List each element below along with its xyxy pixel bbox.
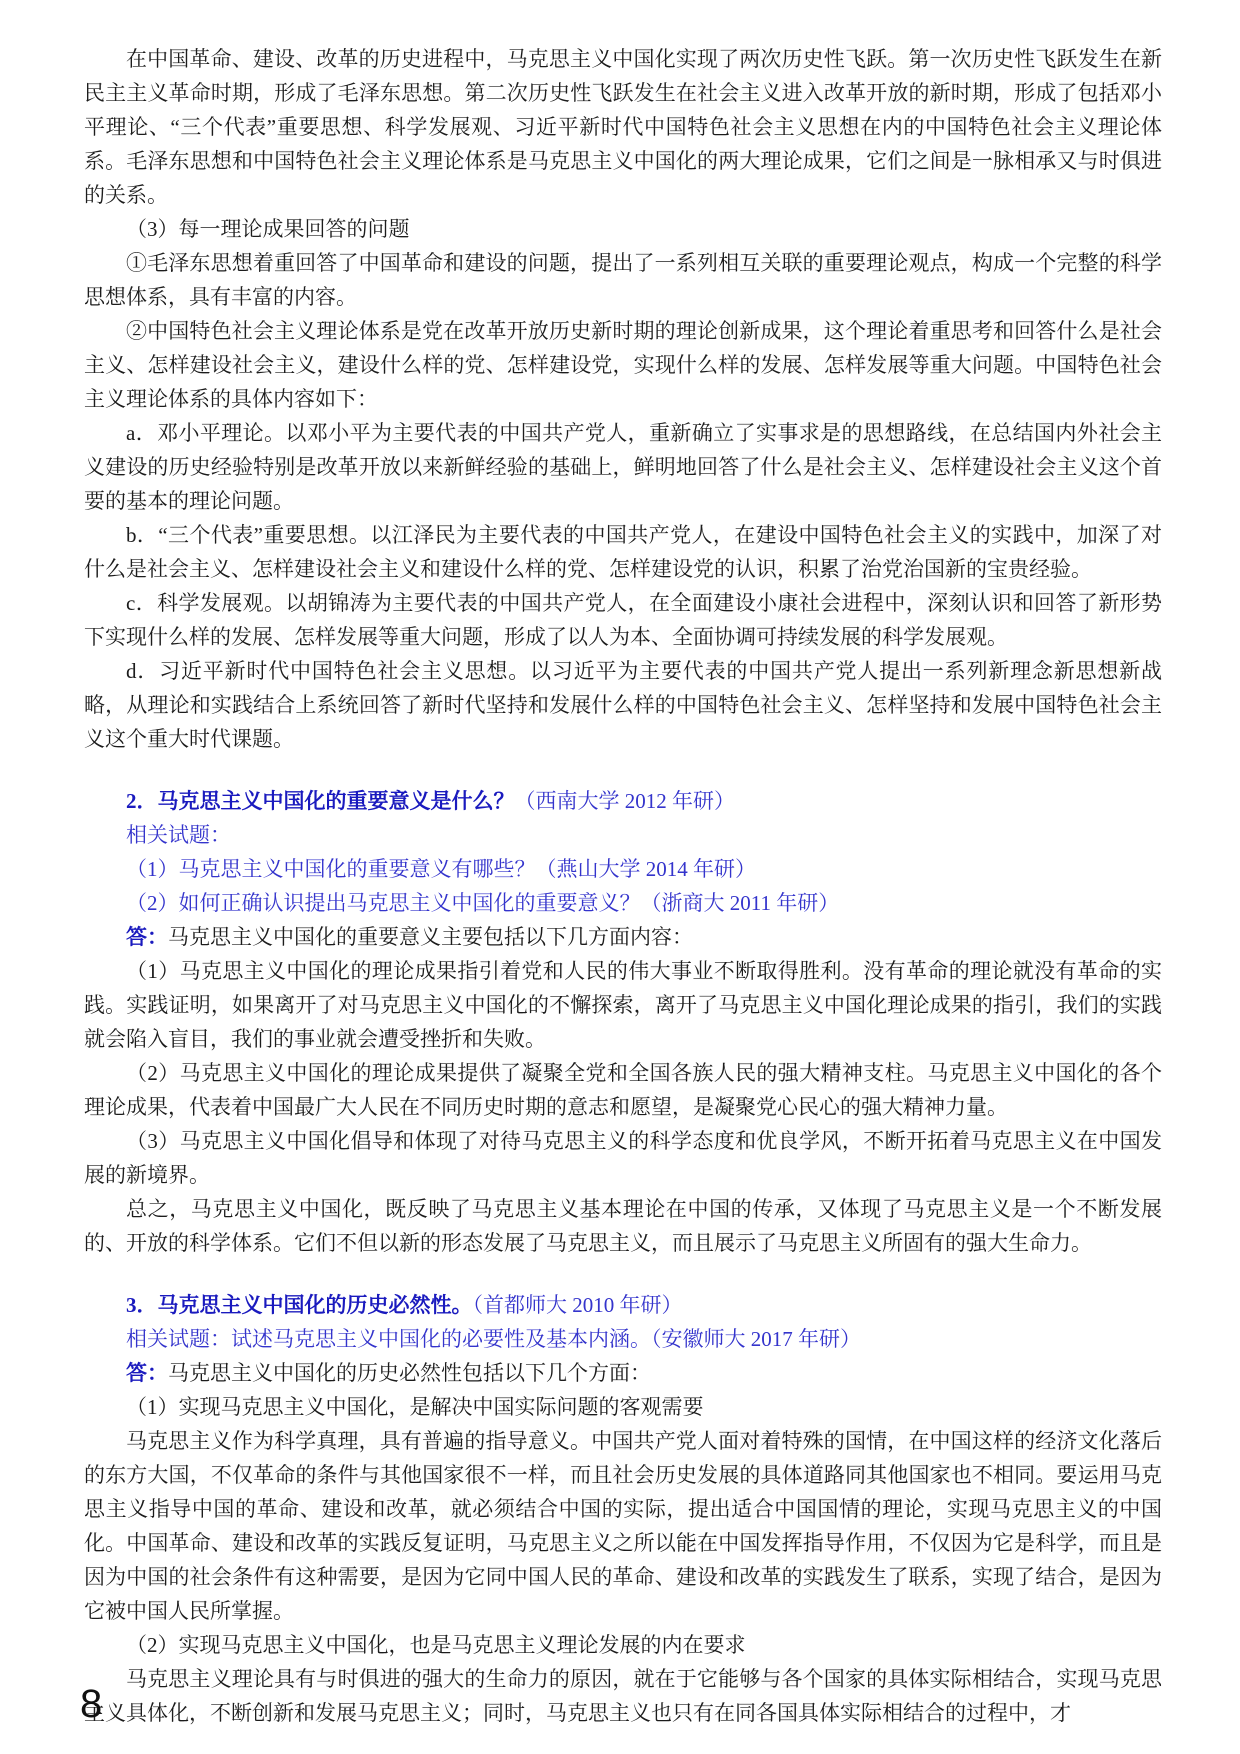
page-number: 8 bbox=[80, 1684, 102, 1724]
text-run: 3．马克思主义中国化的历史必然性。 bbox=[126, 1293, 473, 1317]
answer-point-1-q3-body: 马克思主义作为科学真理，具有普遍的指导意义。中国共产党人面对着特殊的国情，在中国… bbox=[84, 1424, 1162, 1628]
body-paragraph-mao-thought: ①毛泽东思想着重回答了中国革命和建设的问题，提出了一系列相互关联的重要理论观点，… bbox=[84, 246, 1162, 314]
question-3-heading: 3．马克思主义中国化的历史必然性。（首都师大 2010 年研） bbox=[84, 1288, 1162, 1322]
subheading-item-3: （3）每一理论成果回答的问题 bbox=[84, 212, 1162, 246]
answer-point-2-q3-body: 马克思主义理论具有与时俱进的强大的生命力的原因，就在于它能够与各个国家的具体实际… bbox=[84, 1662, 1162, 1730]
answer-point-1-q3-title: （1）实现马克思主义中国化，是解决中国实际问题的客观需要 bbox=[84, 1390, 1162, 1424]
related-question-1: （1）马克思主义中国化的重要意义有哪些？（燕山大学 2014 年研） bbox=[84, 852, 1162, 886]
body-paragraph-three-represents: b．“三个代表”重要思想。以江泽民为主要代表的中国共产党人，在建设中国特色社会主… bbox=[84, 518, 1162, 586]
body-paragraph-deng-theory: a．邓小平理论。以邓小平为主要代表的中国共产党人，重新确立了实事求是的思想路线，… bbox=[84, 416, 1162, 518]
text-run: 马克思主义中国化的历史必然性包括以下几个方面： bbox=[168, 1361, 651, 1385]
body-paragraph-two-leaps: 在中国革命、建设、改革的历史进程中，马克思主义中国化实现了两次历史性飞跃。第一次… bbox=[84, 42, 1162, 212]
answer-lead-q3: 答：马克思主义中国化的历史必然性包括以下几个方面： bbox=[84, 1356, 1162, 1390]
text-run: （1）马克思主义中国化的重要意义有哪些？（燕山大学 2014 年研） bbox=[126, 857, 756, 881]
related-questions-label: 相关试题： bbox=[84, 818, 1162, 852]
answer-point-2-q3-title: （2）实现马克思主义中国化，也是马克思主义理论发展的内在要求 bbox=[84, 1628, 1162, 1662]
text-run: （1）实现马克思主义中国化，是解决中国实际问题的客观需要 bbox=[126, 1395, 704, 1419]
question-2-heading: 2．马克思主义中国化的重要意义是什么？（西南大学 2012 年研） bbox=[84, 784, 1162, 818]
answer-point-3-q2: （3）马克思主义中国化倡导和体现了对待马克思主义的科学态度和优良学风，不断开拓着… bbox=[84, 1124, 1162, 1192]
text-run: 总之，马克思主义中国化，既反映了马克思主义基本理论在中国的传承，又体现了马克思主… bbox=[84, 1197, 1162, 1255]
document-body: 在中国革命、建设、改革的历史进程中，马克思主义中国化实现了两次历史性飞跃。第一次… bbox=[84, 42, 1162, 1730]
text-run: 马克思主义作为科学真理，具有普遍的指导意义。中国共产党人面对着特殊的国情，在中国… bbox=[84, 1429, 1162, 1623]
answer-lead-q2: 答：马克思主义中国化的重要意义主要包括以下几方面内容： bbox=[84, 920, 1162, 954]
answer-point-2-q2: （2）马克思主义中国化的理论成果提供了凝聚全党和全国各族人民的强大精神支柱。马克… bbox=[84, 1056, 1162, 1124]
text-run: a．邓小平理论。以邓小平为主要代表的中国共产党人，重新确立了实事求是的思想路线，… bbox=[84, 421, 1162, 513]
related-question-2: （2）如何正确认识提出马克思主义中国化的重要意义？（浙商大 2011 年研） bbox=[84, 886, 1162, 920]
text-run: c．科学发展观。以胡锦涛为主要代表的中国共产党人，在全面建设小康社会进程中，深刻… bbox=[84, 591, 1162, 649]
document-page: 在中国革命、建设、改革的历史进程中，马克思主义中国化实现了两次历史性飞跃。第一次… bbox=[0, 0, 1240, 1754]
text-run: 2．马克思主义中国化的重要意义是什么？ bbox=[126, 789, 515, 813]
text-run: ②中国特色社会主义理论体系是党在改革开放历史新时期的理论创新成果，这个理论着重思… bbox=[84, 319, 1162, 411]
text-run: 马克思主义理论具有与时俱进的强大的生命力的原因，就在于它能够与各个国家的具体实际… bbox=[84, 1667, 1162, 1725]
text-run: （西南大学 2012 年研） bbox=[515, 789, 736, 813]
text-run: 马克思主义中国化的重要意义主要包括以下几方面内容： bbox=[168, 925, 693, 949]
text-run: （1）马克思主义中国化的理论成果指引着党和人民的伟大事业不断取得胜利。没有革命的… bbox=[84, 959, 1162, 1051]
text-run: 答： bbox=[126, 1361, 168, 1385]
text-run: 答： bbox=[126, 925, 168, 949]
text-run: 相关试题：试述马克思主义中国化的必要性及基本内涵。（安徽师大 2017 年研） bbox=[126, 1327, 861, 1351]
text-run: b．“三个代表”重要思想。以江泽民为主要代表的中国共产党人，在建设中国特色社会主… bbox=[84, 523, 1162, 581]
text-run: ①毛泽东思想着重回答了中国革命和建设的问题，提出了一系列相互关联的重要理论观点，… bbox=[84, 251, 1162, 309]
body-paragraph-scientific-outlook: c．科学发展观。以胡锦涛为主要代表的中国共产党人，在全面建设小康社会进程中，深刻… bbox=[84, 586, 1162, 654]
body-paragraph-theory-system: ②中国特色社会主义理论体系是党在改革开放历史新时期的理论创新成果，这个理论着重思… bbox=[84, 314, 1162, 416]
text-run: 相关试题： bbox=[126, 823, 231, 847]
text-run: d．习近平新时代中国特色社会主义思想。以习近平为主要代表的中国共产党人提出一系列… bbox=[84, 659, 1162, 751]
related-question-q3: 相关试题：试述马克思主义中国化的必要性及基本内涵。（安徽师大 2017 年研） bbox=[84, 1322, 1162, 1356]
text-run: （首都师大 2010 年研） bbox=[473, 1293, 683, 1317]
body-paragraph-xi-thought: d．习近平新时代中国特色社会主义思想。以习近平为主要代表的中国共产党人提出一系列… bbox=[84, 654, 1162, 756]
answer-point-1-q2: （1）马克思主义中国化的理论成果指引着党和人民的伟大事业不断取得胜利。没有革命的… bbox=[84, 954, 1162, 1056]
text-run: （2）如何正确认识提出马克思主义中国化的重要意义？（浙商大 2011 年研） bbox=[126, 891, 839, 915]
text-run: （3）马克思主义中国化倡导和体现了对待马克思主义的科学态度和优良学风，不断开拓着… bbox=[84, 1129, 1162, 1187]
text-run: （3）每一理论成果回答的问题 bbox=[126, 217, 410, 241]
text-run: 在中国革命、建设、改革的历史进程中，马克思主义中国化实现了两次历史性飞跃。第一次… bbox=[84, 47, 1162, 207]
answer-summary-q2: 总之，马克思主义中国化，既反映了马克思主义基本理论在中国的传承，又体现了马克思主… bbox=[84, 1192, 1162, 1260]
text-run: （2）实现马克思主义中国化，也是马克思主义理论发展的内在要求 bbox=[126, 1633, 746, 1657]
text-run: （2）马克思主义中国化的理论成果提供了凝聚全党和全国各族人民的强大精神支柱。马克… bbox=[84, 1061, 1162, 1119]
